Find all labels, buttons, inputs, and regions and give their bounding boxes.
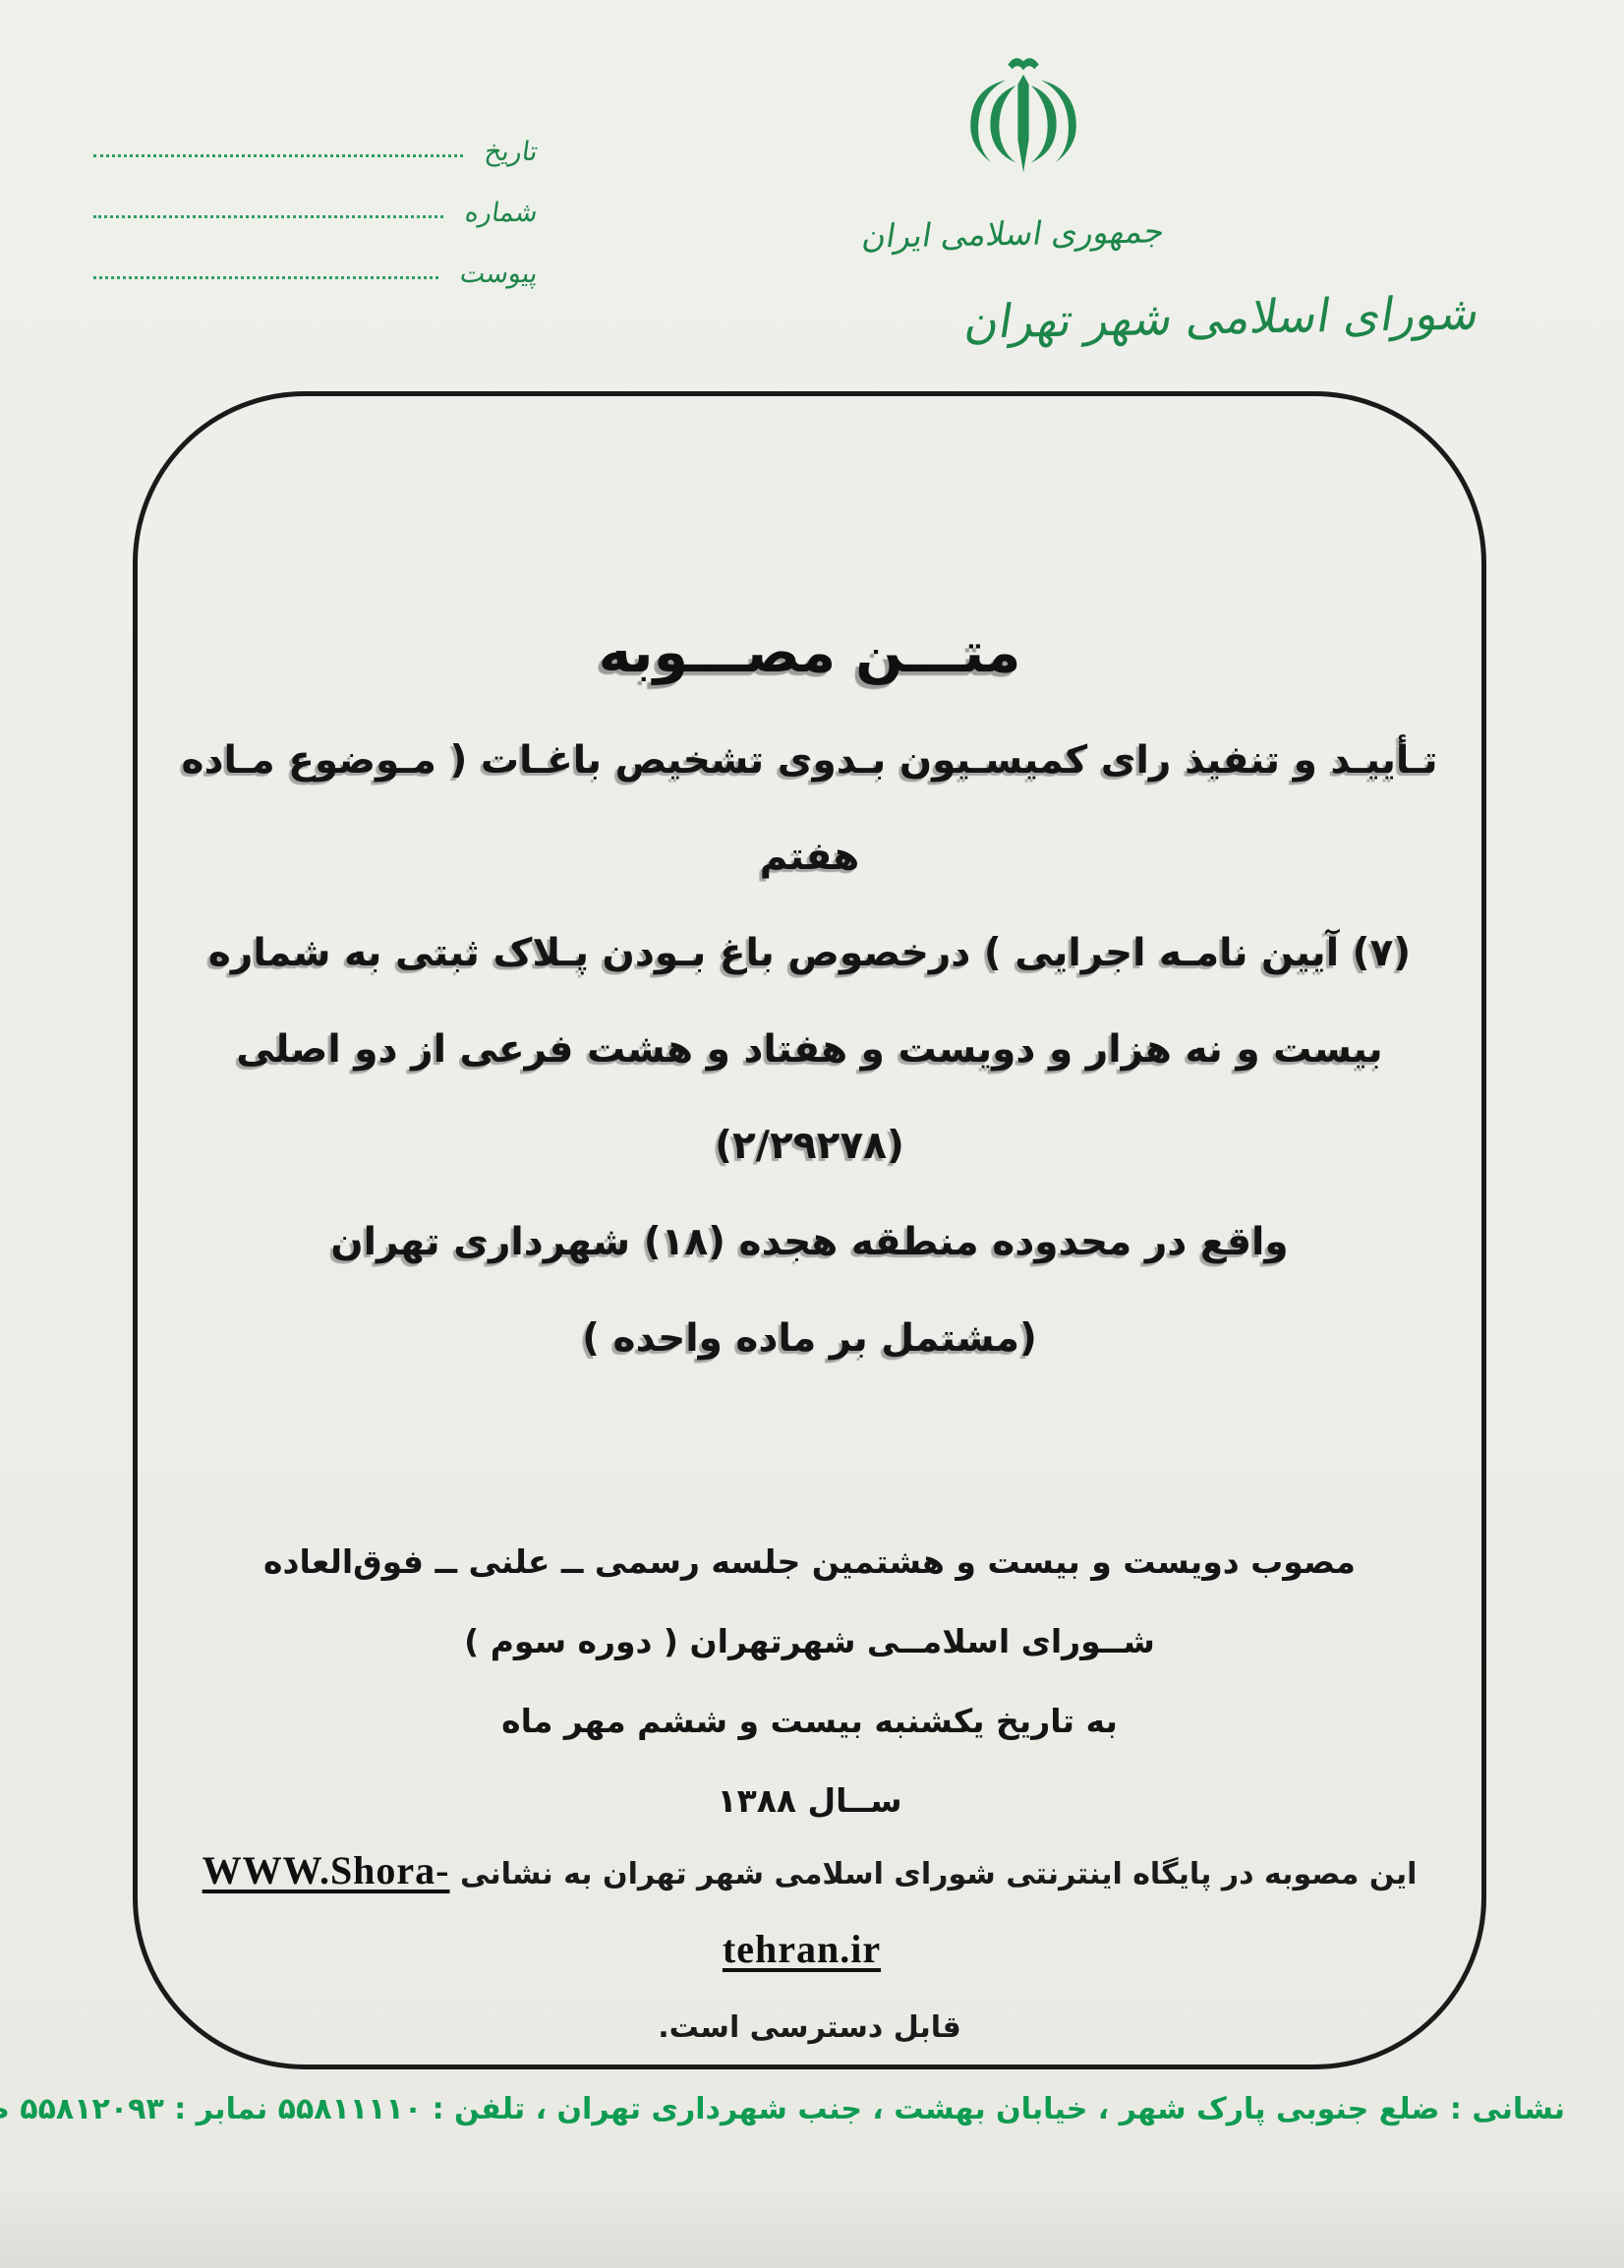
- website-note-suffix: قابل دسترسی است.: [138, 1991, 1481, 2065]
- republic-of-iran-calligraphy: جمهوری اسلامی ایران: [859, 211, 1167, 255]
- subject-line: بیست و نه هزار و دویست و هفتاد و هشت فرع…: [138, 1002, 1481, 1194]
- website-note-prefix: این مصوبه در پایگاه اینترنتی شورای اسلام…: [460, 1857, 1417, 1891]
- website-note-line: این مصوبه در پایگاه اینترنتی شورای اسلام…: [138, 1833, 1481, 1991]
- attachment-field-row: پیوست: [93, 228, 538, 289]
- website-availability-note: این مصوبه در پایگاه اینترنتی شورای اسلام…: [138, 1833, 1481, 2065]
- approval-line: به تاریخ یکشنبه بیست و ششم مهر ماه: [138, 1681, 1481, 1761]
- number-field-row: شماره: [93, 167, 538, 228]
- footer-address-line: نشانی : ضلع جنوبی پارک شهر ، خیابان بهشت…: [0, 2092, 1624, 2126]
- subject-line: (مشتمل بر ماده واحده ): [138, 1291, 1481, 1387]
- resolution-title: متـــن مصـــوبه: [138, 620, 1481, 685]
- attachment-dotted-line: [93, 275, 438, 279]
- iran-national-emblem-icon: [968, 49, 1078, 195]
- scanned-council-resolution-page: تاریخ شماره پیوست جمهوری اسلامی ایرا: [0, 0, 1624, 2268]
- approval-line: ســال ۱۳۸۸: [138, 1761, 1481, 1840]
- attachment-field-label: پیوست: [458, 261, 540, 289]
- date-field-label: تاریخ: [483, 139, 540, 167]
- subject-line: تـأییـد و تنفیذ رای کمیسـیون بـدوی تشخیص…: [138, 713, 1481, 905]
- tehran-city-council-calligraphy: شورای اسلامی شهر تهران: [961, 286, 1483, 349]
- approval-line: شــورای اسلامــی شهرتهران ( دوره سوم ): [138, 1601, 1481, 1681]
- number-field-label: شماره: [463, 200, 540, 228]
- letterhead-fields: تاریخ شماره پیوست: [93, 106, 538, 289]
- date-field-row: تاریخ: [93, 106, 538, 167]
- resolution-subject: تـأییـد و تنفیذ رای کمیسـیون بـدوی تشخیص…: [138, 713, 1481, 1387]
- approval-line: مصوب دویست و بیست و هشتمین جلسه رسمی ــ …: [138, 1522, 1481, 1601]
- subject-line: واقع در محدوده منطقه هجده (۱۸) شهرداری ت…: [138, 1194, 1481, 1291]
- number-dotted-line: [93, 214, 443, 218]
- subject-line: (۷) آیین نامـه اجرایی ) درخصوص باغ بـودن…: [138, 905, 1481, 1002]
- resolution-frame: متـــن مصـــوبه تـأییـد و تنفیذ رای کمیس…: [133, 391, 1486, 2069]
- approval-session-block: مصوب دویست و بیست و هشتمین جلسه رسمی ــ …: [138, 1522, 1481, 1840]
- date-dotted-line: [93, 153, 463, 157]
